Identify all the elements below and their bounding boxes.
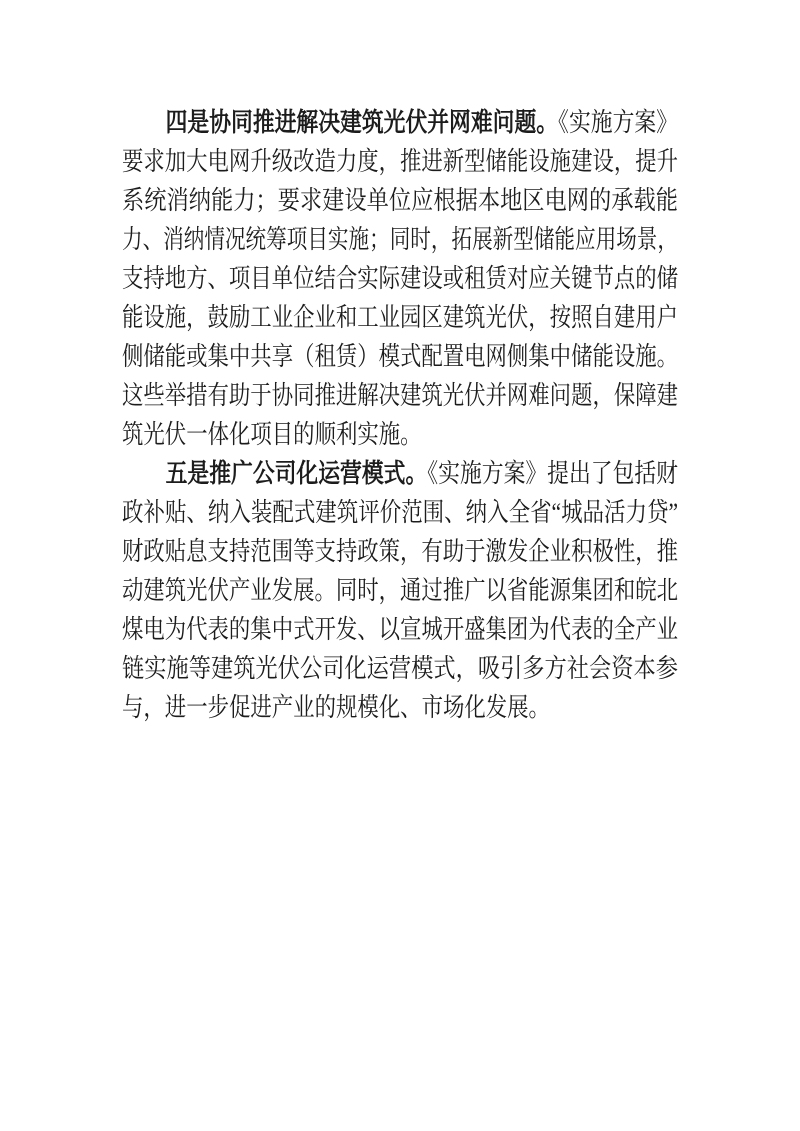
text-line: 政补贴、纳入装配式建筑评价范围、纳入全省“城品活力贷” (122, 493, 678, 532)
text-line: 四是协同推进解决建筑光伏并网难问题。《实施方案》 (122, 103, 678, 142)
line-content: 四是协同推进解决建筑光伏并网难问题。《实施方案》 (122, 103, 678, 142)
text-line: 五是推广公司化运营模式。《实施方案》提出了包括财 (122, 454, 678, 493)
body-text: 《实施方案》提出了包括财 (427, 459, 678, 488)
body-text: 力、消纳情况统筹项目实施；同时，拓展新型储能应用场景， (122, 225, 678, 254)
body-text: 筑光伏一体化项目的顺利实施。 (122, 420, 422, 449)
body-text: 煤电为代表的集中式开发、以宣城开盛集团为代表的全产业 (122, 615, 678, 644)
text-line: 链实施等建筑光伏公司化运营模式，吸引多方社会资本参 (122, 649, 678, 688)
line-content: 煤电为代表的集中式开发、以宣城开盛集团为代表的全产业 (122, 610, 678, 649)
body-text: 链实施等建筑光伏公司化运营模式，吸引多方社会资本参 (122, 654, 678, 683)
line-content: 动建筑光伏产业发展。同时，通过推广以省能源集团和皖北 (122, 571, 678, 610)
text-line: 能设施，鼓励工业企业和工业园区建筑光伏，按照自建用户 (122, 298, 678, 337)
heading-text: 四是协同推进解决建筑光伏并网难问题。 (166, 108, 558, 137)
body-text: 系统消纳能力；要求建设单位应根据本地区电网的承载能 (122, 186, 678, 215)
text-line: 侧储能或集中共享（租赁）模式配置电网侧集中储能设施。 (122, 337, 678, 376)
line-content: 力、消纳情况统筹项目实施；同时，拓展新型储能应用场景， (122, 220, 678, 259)
line-content: 财政贴息支持范围等支持政策，有助于激发企业积极性，推 (122, 532, 678, 571)
text-line: 要求加大电网升级改造力度，推进新型储能设施建设，提升 (122, 142, 678, 181)
text-line: 系统消纳能力；要求建设单位应根据本地区电网的承载能 (122, 181, 678, 220)
line-content: 筑光伏一体化项目的顺利实施。 (122, 415, 422, 454)
body-text: 要求加大电网升级改造力度，推进新型储能设施建设，提升 (122, 147, 678, 176)
body-text: 能设施，鼓励工业企业和工业园区建筑光伏，按照自建用户 (122, 303, 678, 332)
body-text: 支持地方、项目单位结合实际建设或租赁对应关键节点的储 (122, 264, 678, 293)
body-text: 《实施方案》 (558, 108, 678, 137)
line-content: 系统消纳能力；要求建设单位应根据本地区电网的承载能 (122, 181, 678, 220)
body-text: 政补贴、纳入装配式建筑评价范围、纳入全省“城品活力贷” (122, 498, 678, 527)
body-text: 与，进一步促进产业的规模化、市场化发展。 (122, 693, 550, 722)
text-line: 与，进一步促进产业的规模化、市场化发展。 (122, 688, 678, 727)
text-line: 支持地方、项目单位结合实际建设或租赁对应关键节点的储 (122, 259, 678, 298)
text-line: 动建筑光伏产业发展。同时，通过推广以省能源集团和皖北 (122, 571, 678, 610)
text-line: 煤电为代表的集中式开发、以宣城开盛集团为代表的全产业 (122, 610, 678, 649)
text-line: 这些举措有助于协同推进解决建筑光伏并网难问题，保障建 (122, 376, 678, 415)
text-line: 筑光伏一体化项目的顺利实施。 (122, 415, 678, 454)
heading-text: 五是推广公司化运营模式。 (166, 459, 428, 488)
line-content: 侧储能或集中共享（租赁）模式配置电网侧集中储能设施。 (122, 337, 678, 376)
document-body: 四是协同推进解决建筑光伏并网难问题。《实施方案》要求加大电网升级改造力度，推进新… (122, 103, 678, 727)
line-content: 链实施等建筑光伏公司化运营模式，吸引多方社会资本参 (122, 649, 678, 688)
line-content: 这些举措有助于协同推进解决建筑光伏并网难问题，保障建 (122, 376, 678, 415)
text-line: 财政贴息支持范围等支持政策，有助于激发企业积极性，推 (122, 532, 678, 571)
line-content: 与，进一步促进产业的规模化、市场化发展。 (122, 688, 550, 727)
line-content: 支持地方、项目单位结合实际建设或租赁对应关键节点的储 (122, 259, 678, 298)
line-content: 能设施，鼓励工业企业和工业园区建筑光伏，按照自建用户 (122, 298, 678, 337)
body-text: 这些举措有助于协同推进解决建筑光伏并网难问题，保障建 (122, 381, 678, 410)
line-content: 政补贴、纳入装配式建筑评价范围、纳入全省“城品活力贷” (122, 493, 678, 532)
line-content: 要求加大电网升级改造力度，推进新型储能设施建设，提升 (122, 142, 678, 181)
paragraph: 四是协同推进解决建筑光伏并网难问题。《实施方案》要求加大电网升级改造力度，推进新… (122, 103, 678, 454)
line-content: 五是推广公司化运营模式。《实施方案》提出了包括财 (122, 454, 678, 493)
body-text: 侧储能或集中共享（租赁）模式配置电网侧集中储能设施。 (122, 342, 678, 371)
paragraph: 五是推广公司化运营模式。《实施方案》提出了包括财政补贴、纳入装配式建筑评价范围、… (122, 454, 678, 727)
body-text: 动建筑光伏产业发展。同时，通过推广以省能源集团和皖北 (122, 576, 678, 605)
document-page: 四是协同推进解决建筑光伏并网难问题。《实施方案》要求加大电网升级改造力度，推进新… (0, 0, 800, 1131)
text-line: 力、消纳情况统筹项目实施；同时，拓展新型储能应用场景， (122, 220, 678, 259)
body-text: 财政贴息支持范围等支持政策，有助于激发企业积极性，推 (122, 537, 678, 566)
